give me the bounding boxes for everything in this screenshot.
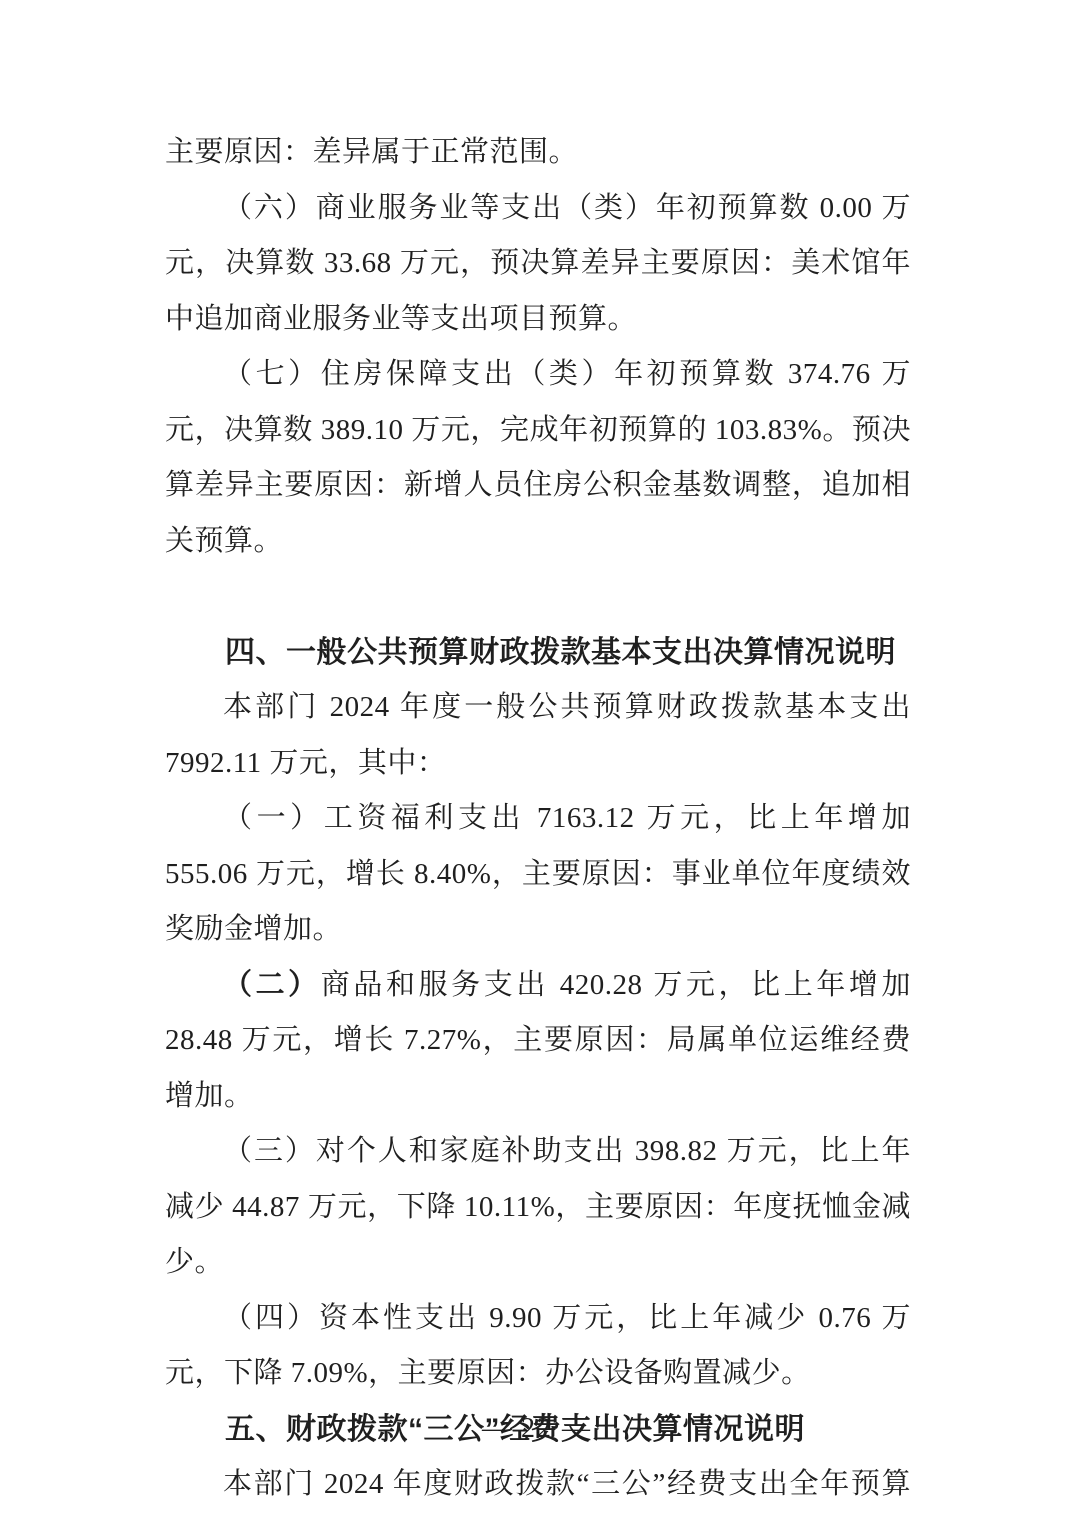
paragraph: （二）商品和服务支出 420.28 万元，比上年增加 28.48 万元，增长 7… [165,958,911,1125]
paragraph: （六）商业服务业等支出（类）年初预算数 0.00 万元，决算数 33.68 万元… [165,181,911,348]
blank-line [165,569,911,625]
paragraph: 本部门 2024 年度一般公共预算财政拨款基本支出 7992.11 万元，其中： [165,680,911,791]
paragraph: （三）对个人和家庭补助支出 398.82 万元，比上年减少 44.87 万元，下… [165,1124,911,1291]
section-heading: 四、一般公共预算财政拨款基本支出决算情况说明 [165,625,911,681]
paragraph: 主要原因：差异属于正常范围。 [165,125,911,181]
paragraph-bold-prefix: （二） [223,969,321,1001]
paragraph: （四）资本性支出 9.90 万元，比上年减少 0.76 万元，下降 7.09%，… [165,1291,911,1402]
document-page: 主要原因：差异属于正常范围。（六）商业服务业等支出（类）年初预算数 0.00 万… [0,0,1074,1520]
document-body: 主要原因：差异属于正常范围。（六）商业服务业等支出（类）年初预算数 0.00 万… [165,125,911,1513]
page-number: — 22 — [0,1412,1074,1446]
paragraph: （七）住房保障支出（类）年初预算数 374.76 万元，决算数 389.10 万… [165,347,911,569]
paragraph: 本部门 2024 年度财政拨款“三公”经费支出全年预算 [165,1457,911,1513]
paragraph: （一）工资福利支出 7163.12 万元，比上年增加 555.06 万元，增长 … [165,791,911,958]
